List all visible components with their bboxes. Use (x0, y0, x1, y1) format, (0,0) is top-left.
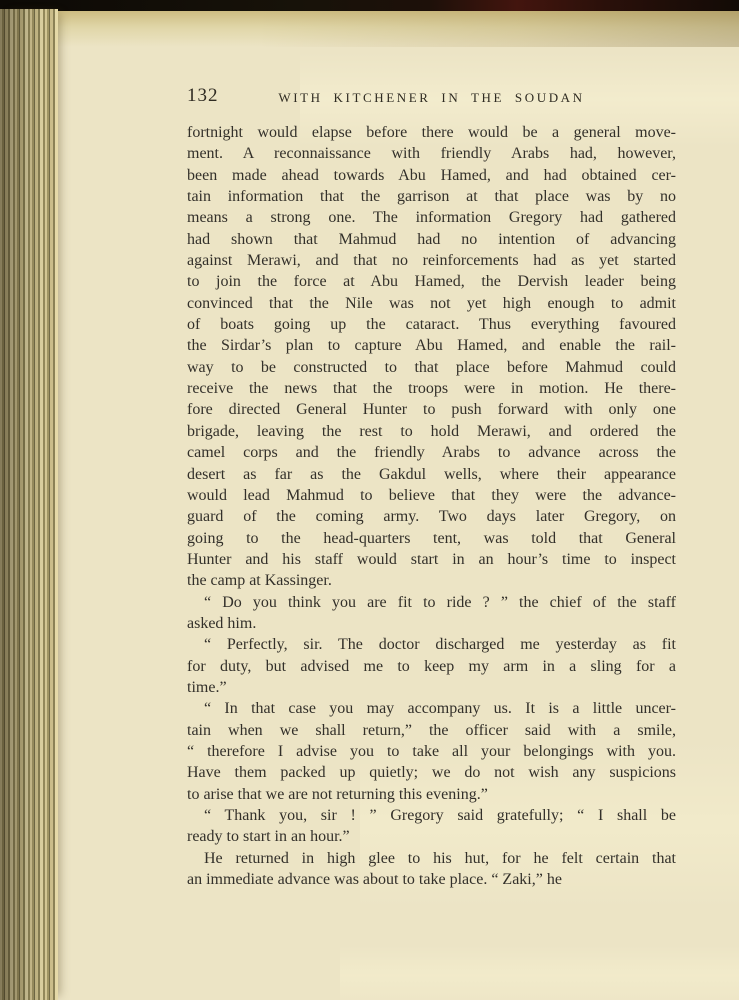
text-line: tain information that the garrison at th… (187, 186, 676, 207)
text-line: brigade, leaving the rest to hold Merawi… (187, 421, 676, 442)
page-top-curve-shading (0, 11, 739, 47)
text-line: “ therefore I advise you to take all you… (187, 741, 676, 762)
text-line: had shown that Mahmud had no intention o… (187, 229, 676, 250)
text-line: to arise that we are not returning this … (187, 784, 676, 805)
body-text: fortnight would elapse before there woul… (187, 122, 676, 890)
text-line: means a strong one. The information Greg… (187, 207, 676, 228)
text-line: desert as far as the Gakdul wells, where… (187, 464, 676, 485)
text-line: against Merawi, and that no reinforcemen… (187, 250, 676, 271)
text-line: ment. A reconnaissance with friendly Ara… (187, 143, 676, 164)
text-line: “ Thank you, sir ! ” Gregory said gratef… (187, 805, 676, 826)
text-line: to join the force at Abu Hamed, the Derv… (187, 271, 676, 292)
page-header: 132 WITH KITCHENER IN THE SOUDAN (187, 85, 676, 111)
text-line: guard of the coming army. Two days later… (187, 506, 676, 527)
scanned-book-page: 132 WITH KITCHENER IN THE SOUDAN fortnig… (0, 0, 739, 1000)
text-line: would lead Mahmud to believe that they w… (187, 485, 676, 506)
text-line: for duty, but advised me to keep my arm … (187, 656, 676, 677)
text-line: ready to start in an hour.” (187, 826, 676, 847)
text-line: of boats going up the cataract. Thus eve… (187, 314, 676, 335)
text-line: “ In that case you may accompany us. It … (187, 698, 676, 719)
text-line: camel corps and the friendly Arabs to ad… (187, 442, 676, 463)
text-line: time.” (187, 677, 676, 698)
text-line: Have them packed up quietly; we do not w… (187, 762, 676, 783)
text-line: been made ahead towards Abu Hamed, and h… (187, 165, 676, 186)
text-line: going to the head-quarters tent, was tol… (187, 528, 676, 549)
text-line: asked him. (187, 613, 676, 634)
book-top-edge (0, 0, 739, 11)
text-line: way to be constructed to that place befo… (187, 357, 676, 378)
text-line: receive the news that the troops were in… (187, 378, 676, 399)
text-line: convinced that the Nile was not yet high… (187, 293, 676, 314)
text-line: fortnight would elapse before there woul… (187, 122, 676, 143)
text-line: He returned in high glee to his hut, for… (187, 848, 676, 869)
text-line: Hunter and his staff would start in an h… (187, 549, 676, 570)
text-line: the Sirdar’s plan to capture Abu Hamed, … (187, 335, 676, 356)
text-line: fore directed General Hunter to push for… (187, 399, 676, 420)
running-title: WITH KITCHENER IN THE SOUDAN (187, 90, 676, 106)
text-line: tain when we shall return,” the officer … (187, 720, 676, 741)
text-line: “ Do you think you are fit to ride ? ” t… (187, 592, 676, 613)
text-line: an immediate advance was about to take p… (187, 869, 676, 890)
page-stack-fore-edge (0, 9, 58, 1000)
scan-light-band (340, 945, 739, 1000)
text-line: the camp at Kassinger. (187, 570, 676, 591)
text-line: “ Perfectly, sir. The doctor discharged … (187, 634, 676, 655)
